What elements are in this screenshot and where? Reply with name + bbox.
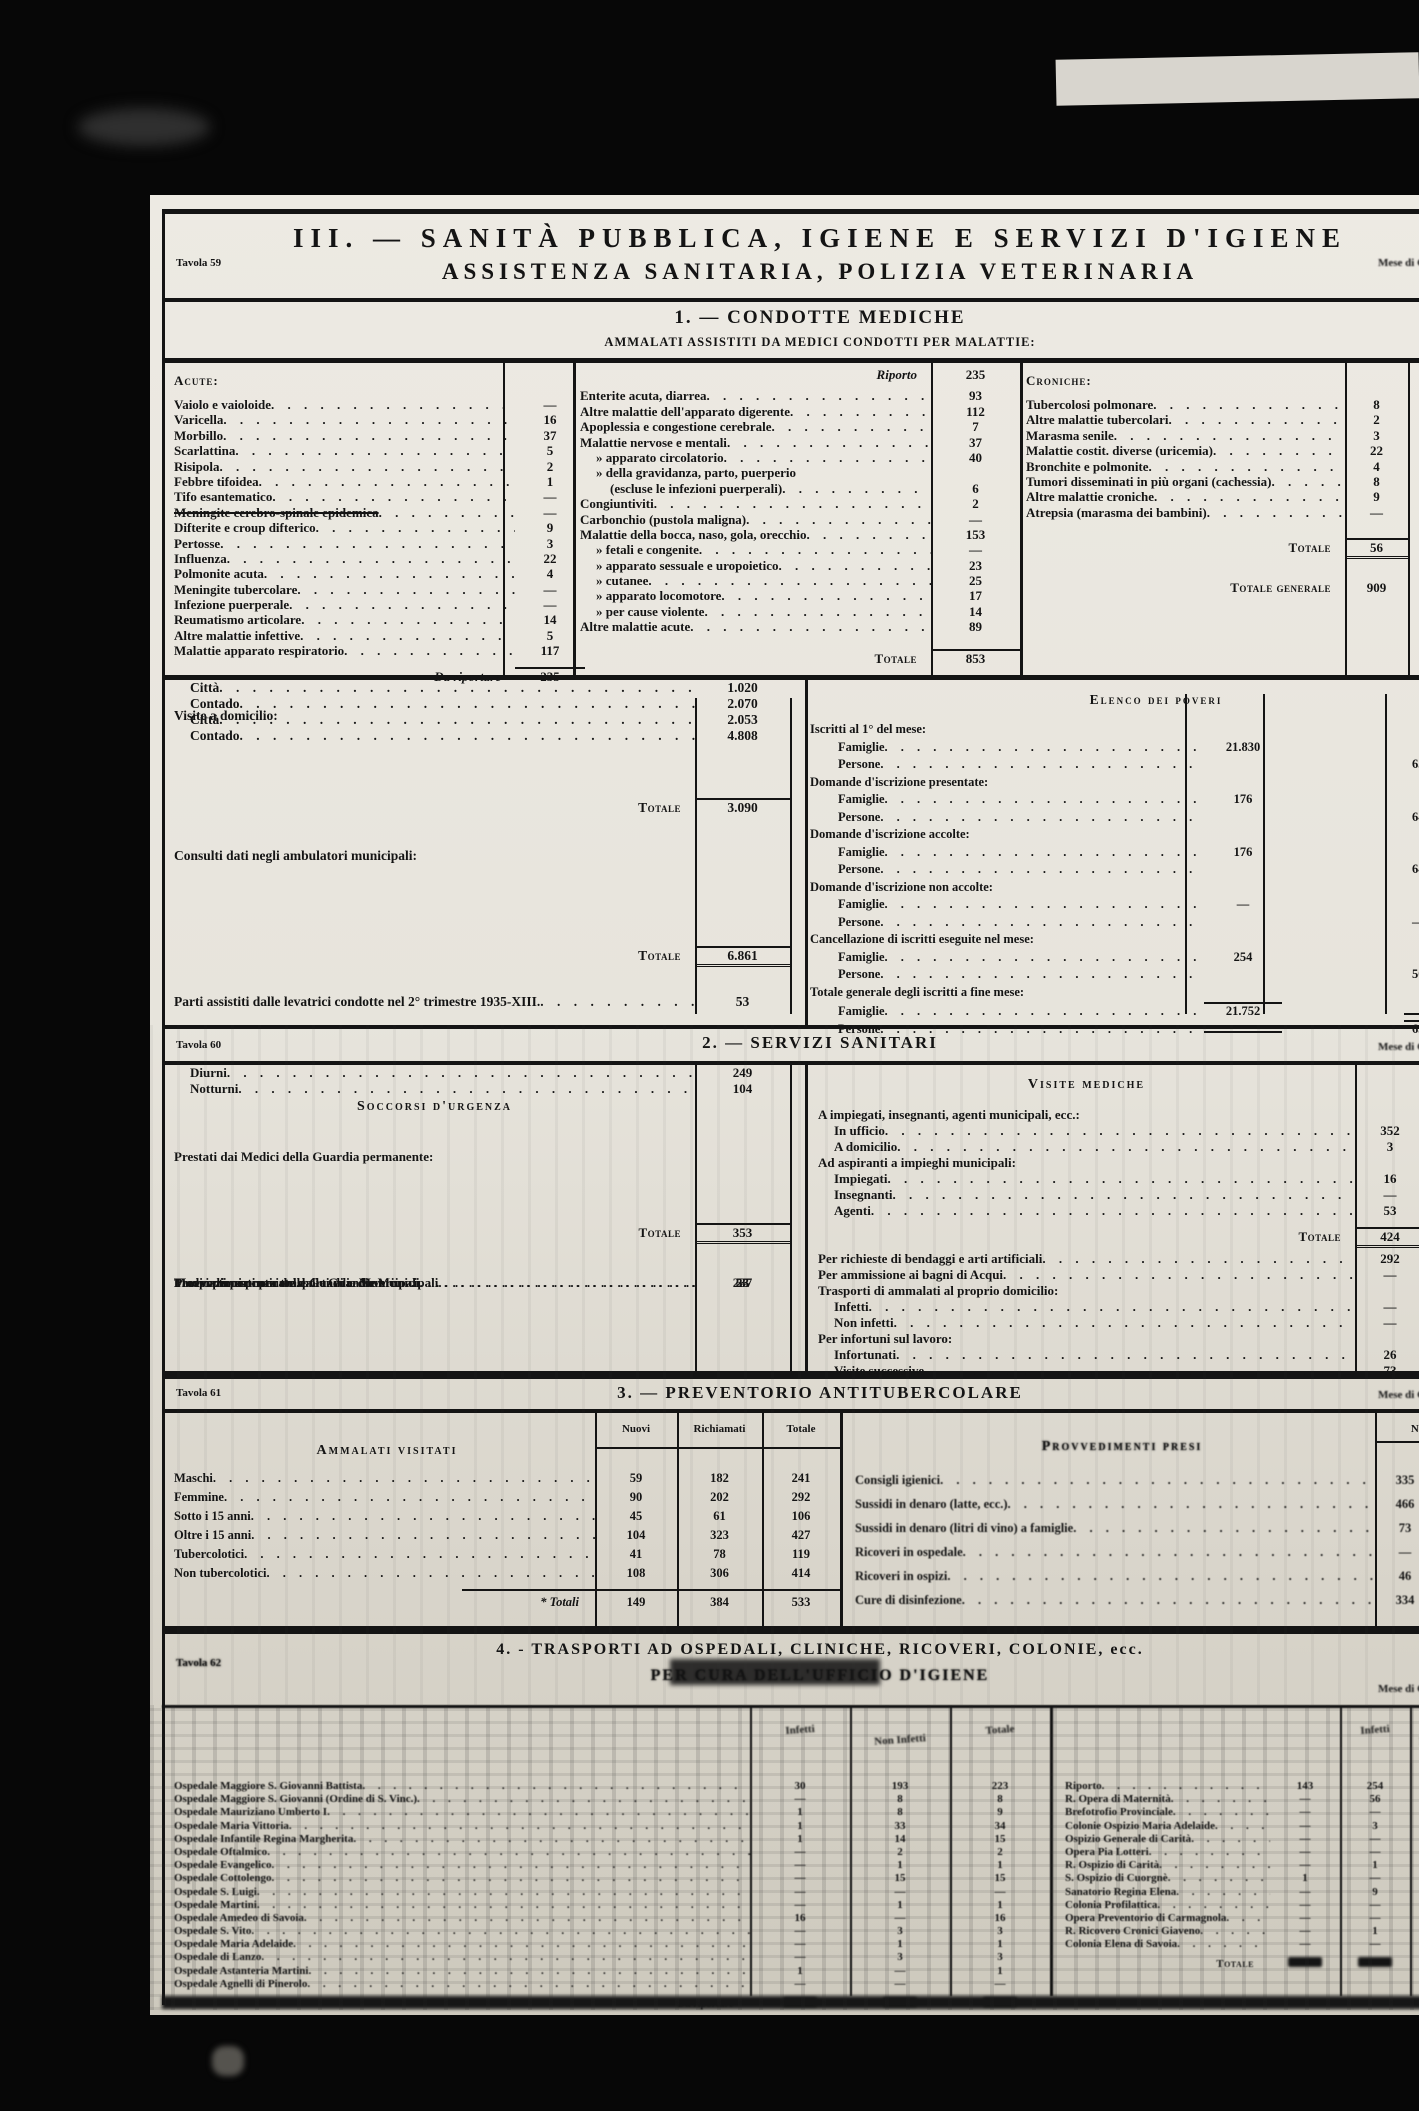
row-label: Domande d'iscrizione non accolte: bbox=[810, 880, 993, 895]
numero-value: 46 bbox=[1375, 1569, 1419, 1584]
non-infetti-value: 1 bbox=[1340, 1859, 1410, 1871]
section-4-heading-line2: PER CURA DELL'UFFICIO D'IGIENE bbox=[190, 1667, 1419, 1685]
dot-leader bbox=[301, 612, 515, 626]
row-label: Ospizio Generale di Carità bbox=[1065, 1833, 1191, 1845]
table-row: Famiglie 254 bbox=[810, 950, 1419, 968]
row-label: Trasporti di ammalati al proprio domicil… bbox=[818, 1283, 1058, 1299]
row-label: Parti assistiti dalle levatrici condotte… bbox=[174, 994, 540, 1010]
table-row: Non tubercolotici 108 306 414 bbox=[174, 1566, 840, 1585]
dot-leader bbox=[362, 1780, 750, 1792]
row-label: Morbillo bbox=[174, 428, 223, 444]
table-row: S. Ospizio di Cuorgnè 1 — bbox=[1065, 1872, 1419, 1885]
dot-leader bbox=[721, 588, 931, 602]
riporto-label: Riporto bbox=[580, 367, 931, 383]
dot-leader bbox=[1008, 1497, 1375, 1510]
dot-leader bbox=[213, 1471, 595, 1484]
nuovi-value: 90 bbox=[595, 1490, 677, 1505]
table-row: A domicilio 3 bbox=[818, 1139, 1419, 1155]
visite-domicilio-block: Visite a domicilio: Città 1.020 Contado … bbox=[174, 680, 790, 744]
table-row: (escluse le infezioni puerperali) 6 bbox=[580, 481, 1020, 496]
nuovi-value: 104 bbox=[595, 1528, 677, 1543]
row-label: Altre malattie croniche bbox=[1026, 489, 1154, 505]
row-value: 2 bbox=[515, 459, 585, 475]
row-label: Famiglie bbox=[810, 897, 885, 912]
row-value: 5 bbox=[515, 628, 585, 644]
table-row: Città 1.020 bbox=[174, 680, 790, 696]
row-label: In ufficio bbox=[818, 1123, 885, 1139]
table-row: Ospedale Amedeo di Savoia 16 — 16 bbox=[174, 1912, 1050, 1925]
row-label: Persone bbox=[810, 967, 880, 982]
row-label: » cutanee bbox=[580, 573, 648, 589]
dot-leader bbox=[293, 1938, 750, 1950]
table-row: Ospedale Maria Adelaide — 1 1 bbox=[174, 1938, 1050, 1951]
non-infetti-value: 8 bbox=[850, 1793, 950, 1805]
trasporti-right-block: Riporto 143 254 R. Opera di Maternità — … bbox=[1065, 1780, 1419, 1971]
table-row: Infezione puerperale — bbox=[174, 597, 585, 612]
totale-value: 241 bbox=[762, 1471, 840, 1486]
infetti-value: — bbox=[1270, 1820, 1340, 1832]
row-value: 8 bbox=[1345, 474, 1408, 490]
totale-value: 8 bbox=[950, 1793, 1050, 1805]
row-label: Sussidi in denaro (latte, ecc.) bbox=[855, 1497, 1008, 1512]
totale-value: 106 bbox=[762, 1509, 840, 1524]
table-row: Scarlattina 5 bbox=[174, 443, 585, 458]
row-value: 4 bbox=[515, 566, 585, 582]
row-label: (escluse le infezioni puerperali) bbox=[580, 481, 782, 497]
table-row: » per cause violente 14 bbox=[580, 604, 1020, 619]
table-row: » cutanee 25 bbox=[580, 573, 1020, 588]
row-label: R. Opera di Maternità bbox=[1065, 1793, 1171, 1805]
consulti-header: Consulti dati negli ambulatori municipal… bbox=[174, 848, 790, 864]
dot-leader bbox=[300, 628, 515, 642]
totale-generale-label: Totale generale bbox=[1026, 580, 1345, 596]
row-value: 2.053 bbox=[695, 712, 790, 728]
totale-value: — bbox=[950, 1886, 1050, 1898]
infetti-value: — bbox=[750, 1925, 850, 1937]
table-row: Riporto 143 254 bbox=[1065, 1780, 1419, 1793]
dot-leader bbox=[240, 696, 695, 710]
numero-value: 466 bbox=[1375, 1497, 1419, 1512]
table-row: Per ammissione ai bagni di Acqui — bbox=[818, 1267, 1419, 1283]
table-row: R. Ricovero Cronici Giaveno — 1 bbox=[1065, 1925, 1419, 1938]
table-row: Ospedale S. Luigi — — — bbox=[174, 1886, 1050, 1899]
famiglie-value: — bbox=[1204, 897, 1282, 912]
table-row: Ad aspiranti a impieghi municipali: bbox=[818, 1155, 1419, 1171]
row-value: 37 bbox=[515, 428, 585, 444]
table-row: Famiglie 21.830 bbox=[810, 740, 1419, 758]
infetti-total-smudge bbox=[1270, 1957, 1340, 1970]
dot-leader bbox=[880, 967, 1204, 980]
table-row: Ospedale Astanteria Martini 1 — 1 bbox=[174, 1965, 1050, 1978]
table-row: Famiglie — bbox=[810, 897, 1419, 915]
table-row: Colonie Ospizio Maria Adelaide — 3 bbox=[1065, 1820, 1419, 1833]
visite-mediche-block: Visite mediche A impiegati, insegnanti, … bbox=[818, 1065, 1419, 1379]
table-row: Persone 648 bbox=[810, 810, 1419, 828]
total-label: Totale bbox=[1026, 540, 1345, 556]
row-value: 2.070 bbox=[695, 696, 790, 712]
dot-leader bbox=[1114, 428, 1345, 442]
table-row: Persone 503 bbox=[810, 967, 1419, 985]
row-label: Oltre i 15 anni bbox=[174, 1528, 251, 1543]
infetti-value: — bbox=[1270, 1886, 1340, 1898]
rule bbox=[595, 1447, 842, 1449]
dot-leader bbox=[220, 459, 515, 473]
table-row: Ospedale Oftalmico — 2 2 bbox=[174, 1846, 1050, 1859]
row-value: 4.808 bbox=[695, 728, 790, 744]
dot-leader bbox=[219, 712, 695, 726]
dot-leader bbox=[264, 566, 515, 580]
group-header: Consulti dati negli ambulatori municipal… bbox=[174, 848, 417, 864]
table-row: Difterite e croup difterico 9 bbox=[174, 520, 585, 535]
row-label: Maschi bbox=[174, 1471, 213, 1486]
richiamati-value: 306 bbox=[677, 1566, 762, 1581]
month-label: Mese di Giug bbox=[1378, 1041, 1419, 1053]
dot-leader bbox=[289, 1820, 750, 1832]
page-border bbox=[162, 209, 1419, 214]
row-value: — bbox=[515, 489, 585, 505]
dot-leader bbox=[257, 1886, 750, 1898]
col-header-non-infetti: Non Infetti bbox=[850, 1731, 951, 1750]
row-label: Reumatismo articolare bbox=[174, 612, 301, 628]
row-value: 3 bbox=[1345, 428, 1408, 444]
croniche-total-row: Totale 56 bbox=[1026, 538, 1408, 553]
dot-leader bbox=[690, 619, 931, 633]
table-row: Femmine 90 202 292 bbox=[174, 1490, 840, 1509]
ospedali-list: Ospedale Maggiore S. Giovanni Battista 3… bbox=[174, 1780, 1050, 1991]
rule bbox=[162, 298, 1419, 302]
table-row: Ospedale S. Vito — 3 3 bbox=[174, 1925, 1050, 1938]
document-page: III. — SANITÀ PUBBLICA, IGIENE E SERVIZI… bbox=[150, 195, 1419, 2015]
infetti-value: 30 bbox=[750, 1780, 850, 1792]
non-infetti-value: — bbox=[850, 1978, 950, 1990]
table-row: » apparato circolatorio 40 bbox=[580, 450, 1020, 465]
row-value: 6 bbox=[931, 481, 1020, 497]
table-row: Ospedale Maggiore S. Giovanni (Ordine di… bbox=[174, 1793, 1050, 1806]
totale-value: 2 bbox=[950, 1846, 1050, 1858]
table-row: R. Ospizio di Carità — 1 bbox=[1065, 1859, 1419, 1872]
month-label: Mese di Giug bbox=[1378, 1683, 1419, 1695]
dot-leader bbox=[307, 1978, 750, 1990]
table-row: Contado 4.808 bbox=[174, 728, 790, 744]
dot-leader bbox=[235, 443, 515, 457]
row-label: Contado bbox=[174, 728, 240, 744]
row-label: Ospedale Oftalmico bbox=[174, 1846, 267, 1858]
dot-leader bbox=[887, 1171, 1355, 1185]
ammalati-visitati-heading: Ammalati visitati bbox=[222, 1443, 552, 1459]
row-label: Malattie costit. diverse (uricemia) bbox=[1026, 443, 1213, 459]
row-value: 16 bbox=[1355, 1171, 1419, 1187]
col-header-infetti: Infetti bbox=[1340, 1722, 1411, 1739]
richiamati-value: 61 bbox=[677, 1509, 762, 1524]
acute-list: Vaiolo e vaioloide — Varicella 16 Morbil… bbox=[174, 397, 585, 659]
infetti-value: — bbox=[1270, 1859, 1340, 1871]
row-label: Meningite cerebro-spinale epidemica bbox=[174, 505, 379, 521]
rule bbox=[162, 1630, 1419, 1634]
totale-value: 1 bbox=[950, 1859, 1050, 1871]
dot-leader bbox=[353, 1833, 750, 1845]
page-subtitle: ASSISTENZA SANITARIA, POLIZIA VETERINARI… bbox=[190, 259, 1419, 285]
row-label: Iscritti al 1° del mese: bbox=[810, 722, 926, 737]
row-label: Ricoveri in ospizi bbox=[855, 1569, 947, 1584]
table-row: Altre malattie dell'apparato digerente 1… bbox=[580, 404, 1020, 419]
table-row: » apparato sessuale e uropoietico 23 bbox=[580, 558, 1020, 573]
col-header-nuovi: Nuovi bbox=[595, 1423, 677, 1435]
row-label: Polmonite acuta bbox=[174, 566, 264, 582]
ammalati-visitati-block: Maschi 59 182 241 Femmine 90 202 292 Sot… bbox=[174, 1471, 840, 1614]
table-row: Sotto i 15 anni 45 61 106 bbox=[174, 1509, 840, 1528]
row-value: 3 bbox=[515, 536, 585, 552]
ink-smear-band bbox=[162, 1996, 1419, 2009]
dot-leader bbox=[947, 1569, 1375, 1582]
non-infetti-value: 193 bbox=[850, 1780, 950, 1792]
row-label: Ospedale Cottolengo bbox=[174, 1872, 271, 1884]
section-4-heading-line1: 4. - TRASPORTI AD OSPEDALI, CLINICHE, RI… bbox=[190, 1641, 1419, 1659]
row-value: 7 bbox=[931, 419, 1020, 435]
non-infetti-value: — bbox=[1340, 1938, 1410, 1950]
non-infetti-value: 33 bbox=[850, 1820, 950, 1832]
row-label: Ospedale Martini bbox=[174, 1899, 257, 1911]
row-value: 14 bbox=[515, 612, 585, 628]
row-label: Tubercolosi polmonare bbox=[1026, 397, 1153, 413]
row-label: Per infortuni sul lavoro: bbox=[818, 1331, 952, 1347]
non-infetti-value: 254 bbox=[1340, 1780, 1410, 1792]
middle-column: Riporto 235 Enterite acuta, diarrea 93 A… bbox=[580, 367, 1020, 664]
row-label: Tubercolotici bbox=[174, 1547, 244, 1562]
table-row: Tubercolosi polmonare 8 bbox=[1026, 397, 1408, 412]
row-value: 2 bbox=[1345, 412, 1408, 428]
table-row: Ospedale Martini — 1 1 bbox=[174, 1899, 1050, 1912]
infetti-value: 1 bbox=[750, 1965, 850, 1977]
total-value: 56 bbox=[1345, 538, 1408, 559]
total-value: 424 bbox=[1355, 1227, 1419, 1248]
row-label: Consigli igienici bbox=[855, 1473, 940, 1488]
row-label: Malattie apparato respiratorio bbox=[174, 643, 344, 659]
non-infetti-value: — bbox=[1340, 1912, 1410, 1924]
table-servizi-sanitari: Soccorsi d'urgenza Prestati dai Medici d… bbox=[162, 1065, 1419, 1375]
infetti-value: — bbox=[750, 1872, 850, 1884]
dot-leader bbox=[1177, 1938, 1270, 1950]
infetti-value: — bbox=[750, 1899, 850, 1911]
row-label: » apparato sessuale e uropoietico bbox=[580, 558, 778, 574]
dot-leader bbox=[1168, 412, 1345, 426]
table-row: Pareri per esumazioni — bbox=[174, 1275, 790, 1291]
non-infetti-value: 2 bbox=[850, 1846, 950, 1858]
row-value: — bbox=[1355, 1315, 1419, 1331]
table-row: Risipola 2 bbox=[174, 459, 585, 474]
rule bbox=[1050, 1708, 1053, 1996]
consulti-list: Città 2.053 Contado 4.808 bbox=[174, 712, 790, 744]
table-row: Altre malattie infettive 5 bbox=[174, 628, 585, 643]
table-row: Ricoveri in ospizi 46 bbox=[855, 1569, 1419, 1593]
table-row: Vaiolo e vaioloide — bbox=[174, 397, 585, 412]
row-label: Infezione puerperale bbox=[174, 597, 289, 613]
row-value: 2 bbox=[931, 496, 1020, 512]
rule bbox=[790, 698, 792, 1014]
non-infetti-value: 14 bbox=[850, 1833, 950, 1845]
dot-leader bbox=[297, 582, 515, 596]
non-infetti-value: 56 bbox=[1340, 1793, 1410, 1805]
scan-artifact-smudge bbox=[212, 2046, 244, 2076]
dot-leader bbox=[227, 551, 515, 565]
row-label: Insegnanti bbox=[818, 1187, 893, 1203]
croniche-list: Tubercolosi polmonare 8 Altre malattie t… bbox=[1026, 397, 1408, 520]
row-label: Febbre tifoidea bbox=[174, 474, 259, 490]
dot-leader bbox=[1154, 489, 1345, 503]
row-value: 8 bbox=[1345, 397, 1408, 413]
dot-leader bbox=[251, 1509, 595, 1522]
table-row: In ufficio 352 bbox=[818, 1123, 1419, 1139]
row-label: Colonia Profilattica bbox=[1065, 1899, 1157, 1911]
dot-leader bbox=[880, 915, 1204, 928]
totali-row: * Totali 149 384 533 bbox=[174, 1595, 840, 1614]
non-infetti-value: 1 bbox=[850, 1899, 950, 1911]
dot-leader bbox=[240, 728, 695, 742]
non-infetti-value: — bbox=[1340, 1833, 1410, 1845]
table-row: Cure di disinfezione 334 bbox=[855, 1593, 1419, 1617]
non-infetti-value: 1 bbox=[850, 1938, 950, 1950]
infetti-value: 1 bbox=[750, 1833, 850, 1845]
row-value: 25 bbox=[931, 573, 1020, 589]
riporto-row: Riporto 235 bbox=[580, 367, 1020, 382]
infetti-value: — bbox=[750, 1859, 850, 1871]
table-row: A impiegati, insegnanti, agenti municipa… bbox=[818, 1107, 1419, 1123]
table-row: Bronchite e polmonite 4 bbox=[1026, 459, 1408, 474]
non-infetti-value: 1 bbox=[850, 1859, 950, 1871]
row-label: A domicilio bbox=[818, 1139, 897, 1155]
totale-value: — bbox=[950, 1978, 1050, 1990]
row-label: Famiglie bbox=[810, 740, 885, 755]
table-row: Brefotrofio Provinciale — — bbox=[1065, 1806, 1419, 1819]
row-label: Bronchite e polmonite bbox=[1026, 459, 1149, 475]
dot-leader bbox=[379, 505, 515, 519]
table-row: Ospedale di Lanzo — 3 3 bbox=[174, 1951, 1050, 1964]
infetti-value: 143 bbox=[1270, 1780, 1340, 1792]
row-label: Domande d'iscrizione accolte: bbox=[810, 827, 970, 842]
visite-mediche-heading: Visite mediche bbox=[818, 1077, 1355, 1093]
dot-leader bbox=[885, 950, 1204, 963]
dot-leader bbox=[1171, 1793, 1270, 1805]
dot-leader bbox=[1173, 1806, 1270, 1818]
dot-leader bbox=[1191, 1833, 1270, 1845]
table-row: Pertosse 3 bbox=[174, 536, 585, 551]
table-row: Per infortuni sul lavoro: bbox=[818, 1331, 1419, 1347]
table-row: Tifo esantematico — bbox=[174, 489, 585, 504]
totale-value: 223 bbox=[950, 1780, 1050, 1792]
row-label: » fetali e congenite bbox=[580, 542, 699, 558]
table-row: Reumatismo articolare 14 bbox=[174, 612, 585, 627]
row-label: Carbonchio (pustola maligna) bbox=[580, 512, 746, 528]
row-value: 53 bbox=[695, 994, 790, 1010]
dot-leader bbox=[238, 1081, 695, 1095]
row-value: 89 bbox=[931, 619, 1020, 635]
non-infetti-value: — bbox=[1340, 1872, 1410, 1884]
rule bbox=[805, 1065, 808, 1371]
dot-leader bbox=[871, 1203, 1355, 1217]
numero-value: — bbox=[1375, 1545, 1419, 1560]
table-row: Infortunati 26 bbox=[818, 1347, 1419, 1363]
row-value: 104 bbox=[695, 1081, 790, 1097]
non-infetti-value: 3 bbox=[850, 1925, 950, 1937]
table-row: Domande d'iscrizione presentate: bbox=[810, 775, 1419, 793]
dot-leader bbox=[224, 1490, 595, 1503]
row-label: Sussidi in denaro (litri di vino) a fami… bbox=[855, 1521, 1073, 1536]
table-row: Atrepsia (marasma dei bambini) — bbox=[1026, 505, 1408, 520]
row-label: Cancellazione di iscritti eseguite nel m… bbox=[810, 932, 1034, 947]
dot-leader bbox=[1153, 397, 1345, 411]
dot-leader bbox=[1226, 1912, 1270, 1924]
table-row: Persone 648 bbox=[810, 862, 1419, 880]
famiglie-value: 176 bbox=[1204, 792, 1282, 807]
table-row: Meningite cerebro-spinale epidemica — bbox=[174, 505, 585, 520]
row-value: — bbox=[931, 512, 1020, 528]
non-infetti-value: — bbox=[1340, 1806, 1410, 1818]
table-row: Febbre tifoidea 1 bbox=[174, 474, 585, 489]
totale-value: 15 bbox=[950, 1833, 1050, 1845]
croniche-column: Croniche: Tubercolosi polmonare 8 Altre … bbox=[1026, 373, 1408, 595]
row-value: 40 bbox=[931, 450, 1020, 466]
nuovi-value: 41 bbox=[595, 1547, 677, 1562]
dot-leader bbox=[271, 397, 515, 411]
row-value: 14 bbox=[931, 604, 1020, 620]
table-row: Domande d'iscrizione accolte: bbox=[810, 827, 1419, 845]
totale-value: 15 bbox=[950, 1872, 1050, 1884]
row-label: Persone bbox=[810, 757, 880, 772]
elenco-poveri-heading: Elenco dei poveri bbox=[810, 692, 1419, 708]
table-row: Famiglie 21.752 bbox=[810, 1002, 1419, 1020]
row-label: Per ammissione ai bagni di Acqui bbox=[818, 1267, 1003, 1283]
row-label: Colonie Ospizio Maria Adelaide bbox=[1065, 1820, 1215, 1832]
row-label: Pertosse bbox=[174, 536, 220, 552]
month-label: Mese di Giug bbox=[1378, 1389, 1419, 1401]
table-row: Non infetti — bbox=[818, 1315, 1419, 1331]
dot-leader bbox=[896, 1347, 1355, 1361]
row-value: 3 bbox=[1355, 1139, 1419, 1155]
table-row: Sussidi in denaro (latte, ecc.) 466 bbox=[855, 1497, 1419, 1521]
dot-leader bbox=[227, 1065, 695, 1079]
croniche-header: Croniche: bbox=[1026, 373, 1408, 389]
dot-leader bbox=[706, 388, 931, 402]
totale-value: 1 bbox=[950, 1899, 1050, 1911]
table-row: R. Opera di Maternità — 56 bbox=[1065, 1793, 1419, 1806]
table-row: Notturni 104 bbox=[174, 1081, 790, 1097]
section-3-heading: 3. — PREVENTORIO ANTITUBERCOLARE bbox=[190, 1383, 1419, 1403]
row-label: Persone bbox=[810, 915, 880, 930]
dot-leader bbox=[289, 597, 515, 611]
col-header-totale: Totale bbox=[950, 1721, 1051, 1740]
infetti-value: — bbox=[1270, 1912, 1340, 1924]
dot-leader bbox=[271, 1859, 750, 1871]
row-label: Domande d'iscrizione presentate: bbox=[810, 775, 988, 790]
table-preventorio: Nuovi Richiamati Totale Numero Ammalati … bbox=[162, 1413, 1419, 1630]
row-label: Ospedale Maggiore S. Giovanni Battista bbox=[174, 1780, 362, 1792]
group-header-row: Prestati dai Medici della Guardia perman… bbox=[174, 1149, 790, 1165]
table-row: Famiglie 176 bbox=[810, 845, 1419, 863]
rule bbox=[805, 680, 808, 1025]
famiglie-value: 21.830 bbox=[1204, 740, 1282, 755]
row-value: — bbox=[695, 1275, 790, 1291]
totale-generale-value: 909 bbox=[1345, 580, 1408, 596]
dot-leader bbox=[880, 757, 1204, 770]
provvedimenti-list: Consigli igienici 335 Sussidi in denaro … bbox=[855, 1473, 1419, 1617]
dot-leader bbox=[897, 1139, 1355, 1153]
dot-leader bbox=[869, 1299, 1355, 1313]
row-label: Non infetti bbox=[818, 1315, 894, 1331]
row-label: Infortunati bbox=[818, 1347, 896, 1363]
dot-leader bbox=[327, 1806, 750, 1818]
middle-list: Enterite acuta, diarrea 93 Altre malatti… bbox=[580, 388, 1020, 634]
row-label: Agenti bbox=[818, 1203, 871, 1219]
total-value: 3.090 bbox=[695, 798, 790, 816]
